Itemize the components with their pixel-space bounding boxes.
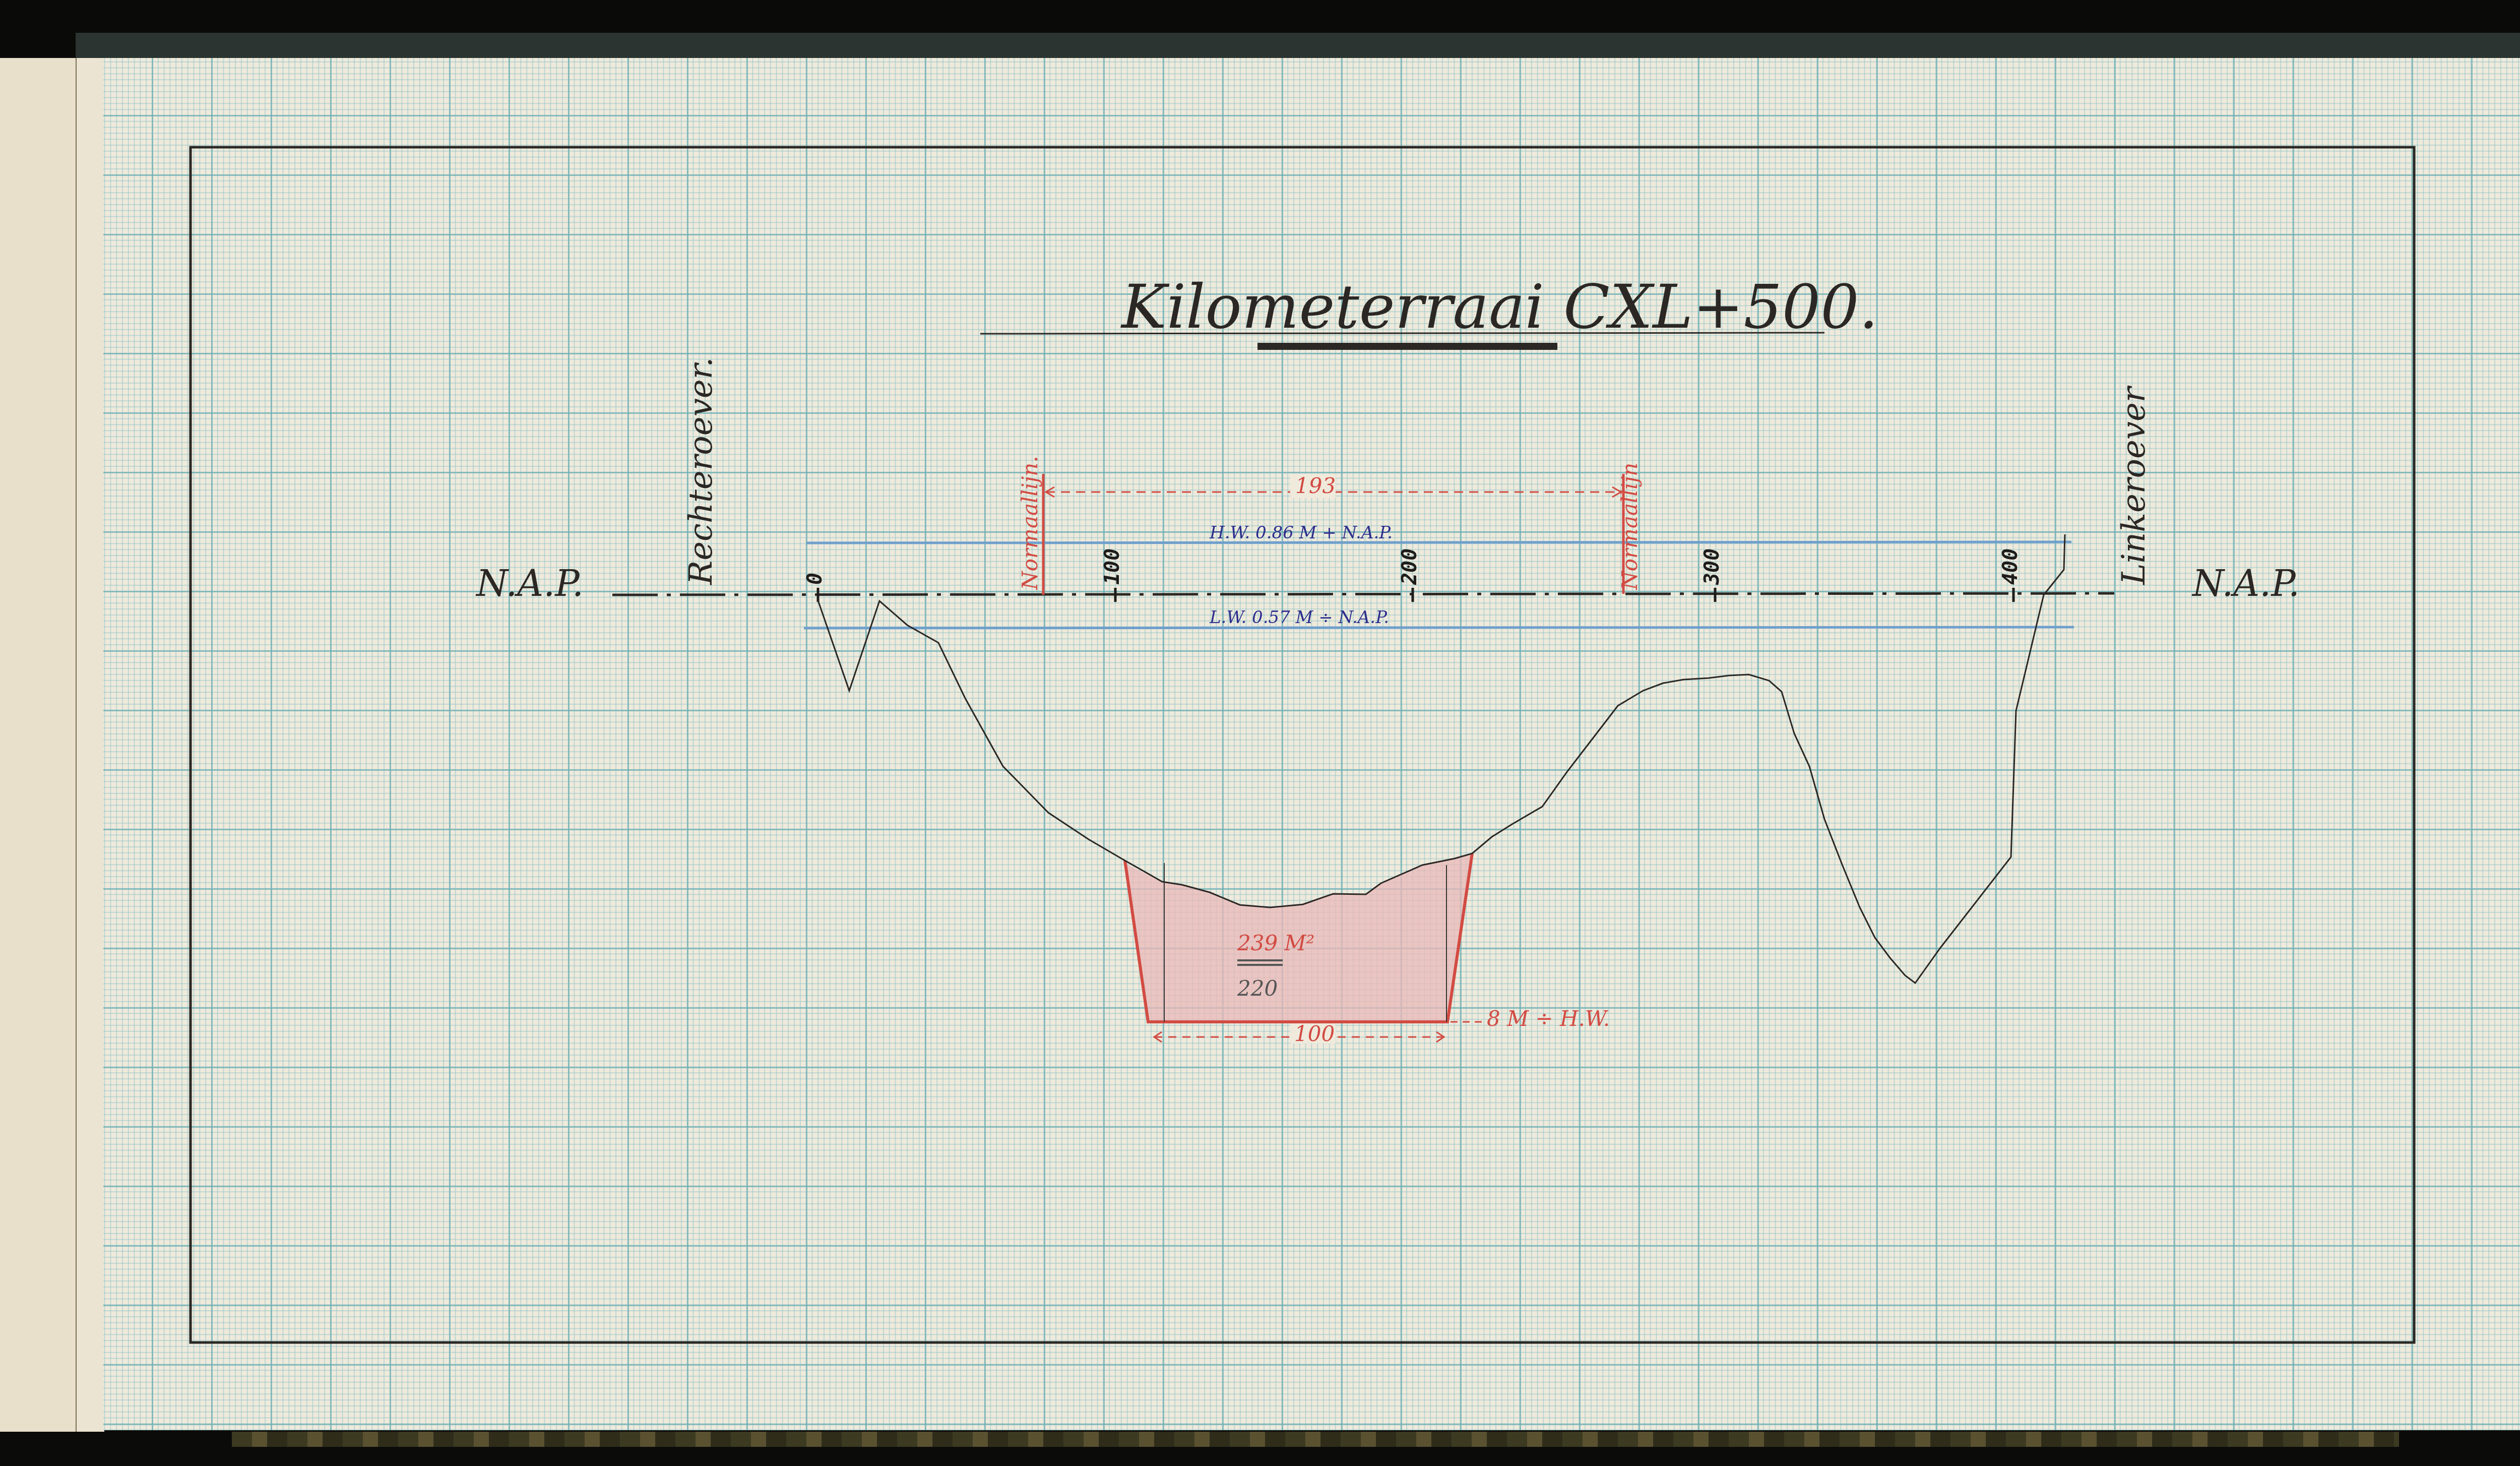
title-underline-thin xyxy=(980,333,1824,334)
tick-label-400: 400 xyxy=(1999,548,2022,585)
scan-stage: Kilometerraai CXL+500. H.W. 0.86 M + N.A… xyxy=(0,0,2520,1466)
low-water-label: L.W. 0.57 M ÷ N.A.P. xyxy=(1209,607,1389,628)
title-underline-thick xyxy=(1257,343,1557,350)
nap-label-left: N.A.P. xyxy=(475,562,584,604)
normaallijn-right-label: Normaallijn xyxy=(1617,463,1642,590)
bank-label-right-bank: Rechteroever. xyxy=(682,357,720,585)
title: Kilometerraai CXL+500. xyxy=(1120,272,1878,342)
low-water-line xyxy=(804,627,2074,628)
nap-label-right: N.A.P. xyxy=(2191,562,2300,604)
normaallijn-distance-label: 193 xyxy=(1295,473,1336,498)
dredge-width-label: 100 xyxy=(1294,1021,1335,1046)
tick-label-300: 300 xyxy=(1700,548,1724,585)
high-water-line xyxy=(806,542,2071,543)
tick-label-100: 100 xyxy=(1101,548,1124,585)
tick-label-200: 200 xyxy=(1398,548,1421,585)
dredge-area-label: 239 M² xyxy=(1237,931,1314,955)
nap-datum-line xyxy=(612,593,2114,595)
bank-label-left-bank: Linkeroever xyxy=(2115,385,2153,585)
normaallijn-left-label: Normaallijn. xyxy=(1018,456,1042,590)
tick-label-0: 0 xyxy=(803,573,827,585)
cross-section-drawing: Kilometerraai CXL+500. H.W. 0.86 M + N.A… xyxy=(0,0,2520,1466)
dredge-depth-label: 8 M ÷ H.W. xyxy=(1487,1006,1610,1031)
high-water-label: H.W. 0.86 M + N.A.P. xyxy=(1209,523,1393,543)
dredge-pencil-note: 220 xyxy=(1237,976,1278,1001)
